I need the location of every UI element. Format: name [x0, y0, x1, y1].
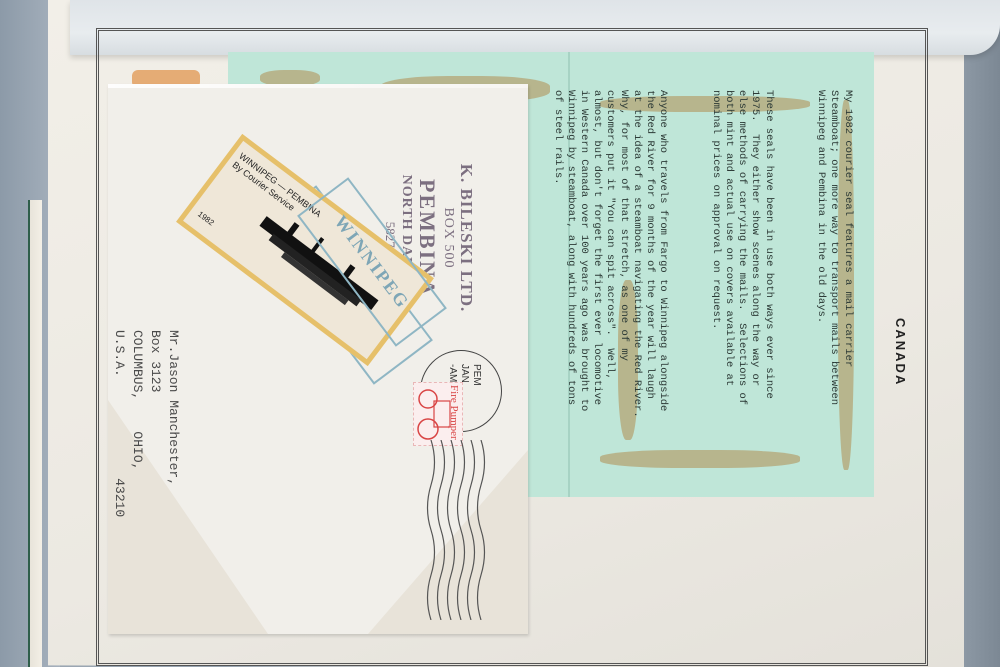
- description-paragraph-1: My 1982 courier seal features a mail car…: [814, 90, 854, 470]
- description-paragraph-2: These seals have been in use both ways e…: [709, 90, 775, 470]
- background-right: [960, 0, 1000, 667]
- country-label: CANADA: [893, 318, 908, 386]
- recipient-line-3: COLUMBUS, OHIO,: [128, 330, 146, 517]
- postage-stamp-text: Fire Pumper: [448, 385, 460, 440]
- recipient-line-4: U.S.A. 43210: [110, 330, 128, 517]
- recipient-line-1: Mr.Jason Manchester,: [164, 330, 182, 517]
- courier-seal-year: 1982: [196, 210, 216, 228]
- postage-stamp: Fire Pumper: [413, 382, 463, 446]
- description-paragraph-3: Anyone who travels from Fargo to Winnipe…: [550, 90, 669, 470]
- cancellation-wavy-lines: [426, 440, 496, 620]
- recipient-address: Mr.Jason Manchester,Box 3123COLUMBUS, OH…: [110, 330, 182, 517]
- book-edge: [28, 200, 42, 667]
- recipient-line-2: Box 3123: [146, 330, 164, 517]
- return-address-line-1: K. BILESKI LTD.: [456, 138, 476, 338]
- postmark-line-1: PEM: [470, 364, 482, 386]
- protective-sleeve-edge: [108, 84, 528, 88]
